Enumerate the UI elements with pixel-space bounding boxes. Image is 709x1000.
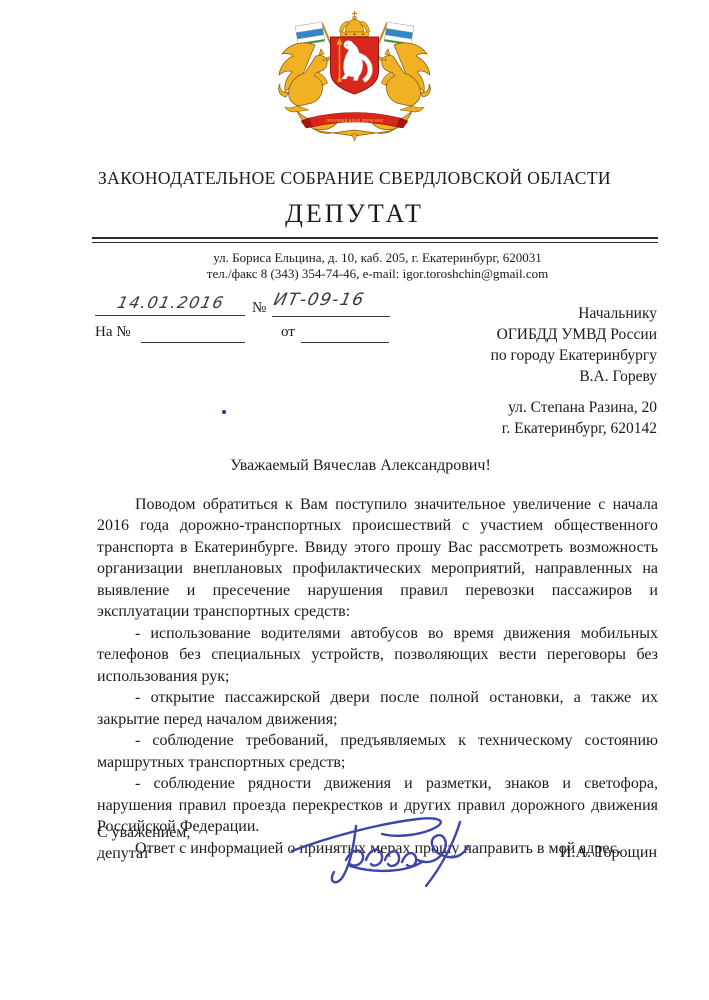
body-paragraph: Поводом обратиться к Вам поступило значи… [97,494,658,623]
crown-icon [340,11,370,37]
recipient-line: ОГИБДД УМВД России [491,324,657,345]
ink-dot [222,410,226,414]
letterhead-address-line: ул. Бориса Ельцина, д. 10, каб. 205, г. … [97,250,658,266]
salutation: Уважаемый Вячеслав Александрович! [97,455,658,477]
shield-icon [331,37,379,94]
from-underline [301,342,389,343]
closing-line: депутат [97,843,190,864]
griffin-right-icon [377,43,430,112]
letter-body: Уважаемый Вячеслав Александрович! Поводо… [97,455,658,859]
recipient-line: Начальнику [491,303,657,324]
recipient-block: Начальнику ОГИБДД УМВД России по городу … [491,303,657,439]
handwritten-signature-icon [286,804,486,899]
date-underline [95,315,245,316]
org-name: ЗАКОНОДАТЕЛЬНОЕ СОБРАНИЕ СВЕРДЛОВСКОЙ ОБ… [0,168,709,189]
recipient-address-line: г. Екатеринбург, 620142 [491,418,657,439]
letterhead-contact-line: тел./факс 8 (343) 354-74-46, e-mail: igo… [97,266,658,282]
motto-text: ОПОРНЫЙ КРАЙ ДЕРЖАВЫ [326,118,383,123]
body-list-item: - открытие пассажирской двери после полн… [97,687,658,730]
outgoing-date-handwritten: 14.01.2016 [98,293,244,312]
signer-name: И.А. Торощин [560,844,657,862]
body-list-item: - соблюдение требований, предъявляемых к… [97,730,658,773]
closing-line: С уважением, [97,822,190,843]
recipient-line: по городу Екатеринбургу [491,345,657,366]
coat-of-arms-sverdlovsk-icon: ОПОРНЫЙ КРАЙ ДЕРЖАВЫ [267,8,442,144]
recipient-line: В.А. Гореву [491,366,657,387]
body-list-item: - использование водителями автобусов во … [97,623,658,688]
on-number-underline [141,342,245,343]
number-underline [272,316,390,317]
outgoing-number-handwritten: ИТ-09-16 [272,290,396,310]
letterhead-title: ДЕПУТАТ [0,199,709,229]
number-label: № [252,300,266,317]
header-divider [92,237,658,243]
motto-ribbon-icon: ОПОРНЫЙ КРАЙ ДЕРЖАВЫ [301,113,408,129]
griffin-left-icon [279,43,332,112]
on-number-label: На № [95,324,131,341]
closing-block: С уважением, депутат [97,822,190,864]
recipient-address-line: ул. Степана Разина, 20 [491,397,657,418]
from-label: от [281,324,295,341]
letter-page: ОПОРНЫЙ КРАЙ ДЕРЖАВЫ [0,0,709,1000]
